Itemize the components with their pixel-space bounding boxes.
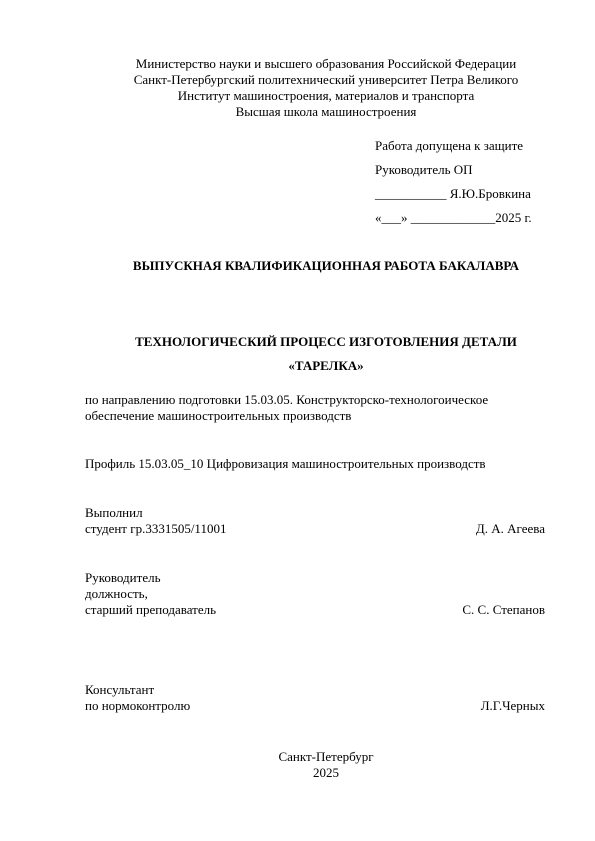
supervisor-label: Руководитель — [85, 570, 161, 586]
ministry-line: Министерство науки и высшего образования… — [85, 56, 567, 72]
consultant-row: по нормоконтролю Л.Г.Черных — [85, 698, 545, 714]
study-direction-line2: обеспечение машиностроительных производс… — [85, 408, 555, 424]
performer-block: Выполнил студент гр.3331505/11001 Д. А. … — [85, 505, 545, 537]
signature-blank: ___________ — [375, 186, 447, 201]
supervisor-position-line1: должность, — [85, 586, 148, 602]
date-year: 2025 г. — [495, 210, 531, 225]
performer-label: Выполнил — [85, 505, 143, 521]
approver-name: Я.Ю.Бровкина — [450, 186, 531, 201]
footer-year: 2025 — [85, 765, 567, 781]
date-day-blank: ___ — [382, 210, 402, 225]
footer-block: Санкт-Петербург 2025 — [85, 749, 567, 781]
date-month-blank: _____________ — [411, 210, 496, 225]
study-profile: Профиль 15.03.05_10 Цифровизация машинос… — [85, 456, 486, 472]
supervisor-name: С. С. Степанов — [462, 602, 545, 618]
thesis-title-line2: «ТАРЕЛКА» — [85, 354, 567, 378]
study-direction-line1: по направлению подготовки 15.03.05. Конс… — [85, 392, 555, 408]
approval-date-row: «___» _____________2025 г. — [375, 210, 532, 234]
thesis-title: ТЕХНОЛОГИЧЕСКИЙ ПРОЦЕСС ИЗГОТОВЛЕНИЯ ДЕТ… — [85, 330, 567, 378]
performer-row: студент гр.3331505/11001 Д. А. Агеева — [85, 521, 545, 537]
school-line: Высшая школа машиностроения — [85, 104, 567, 120]
consultant-label-row: Консультант — [85, 682, 545, 698]
supervisor-position-row: должность, — [85, 586, 545, 602]
university-line: Санкт-Петербургский политехнический унив… — [85, 72, 567, 88]
approval-role: Руководитель ОП — [375, 162, 532, 186]
performer-label-row: Выполнил — [85, 505, 545, 521]
consultant-block: Консультант по нормоконтролю Л.Г.Черных — [85, 682, 545, 714]
footer-city: Санкт-Петербург — [85, 749, 567, 765]
supervisor-position-line2: старший преподаватель — [85, 602, 216, 618]
approval-block: Работа допущена к защите Руководитель ОП… — [375, 138, 532, 234]
supervisor-row: старший преподаватель С. С. Степанов — [85, 602, 545, 618]
institution-header: Министерство науки и высшего образования… — [85, 56, 567, 120]
supervisor-label-row: Руководитель — [85, 570, 545, 586]
consultant-name: Л.Г.Черных — [481, 698, 545, 714]
work-type-heading: ВЫПУСКНАЯ КВАЛИФИКАЦИОННАЯ РАБОТА БАКАЛА… — [85, 258, 567, 274]
performer-name: Д. А. Агеева — [476, 521, 545, 537]
performer-position: студент гр.3331505/11001 — [85, 521, 226, 537]
approval-admitted: Работа допущена к защите — [375, 138, 532, 162]
date-close-quote: » — [401, 210, 408, 225]
approval-signature-row: ___________ Я.Ю.Бровкина — [375, 186, 532, 210]
thesis-title-line1: ТЕХНОЛОГИЧЕСКИЙ ПРОЦЕСС ИЗГОТОВЛЕНИЯ ДЕТ… — [85, 330, 567, 354]
consultant-position: по нормоконтролю — [85, 698, 190, 714]
institute-line: Институт машиностроения, материалов и тр… — [85, 88, 567, 104]
study-direction: по направлению подготовки 15.03.05. Конс… — [85, 392, 555, 424]
supervisor-block: Руководитель должность, старший преподав… — [85, 570, 545, 618]
consultant-label: Консультант — [85, 682, 154, 698]
